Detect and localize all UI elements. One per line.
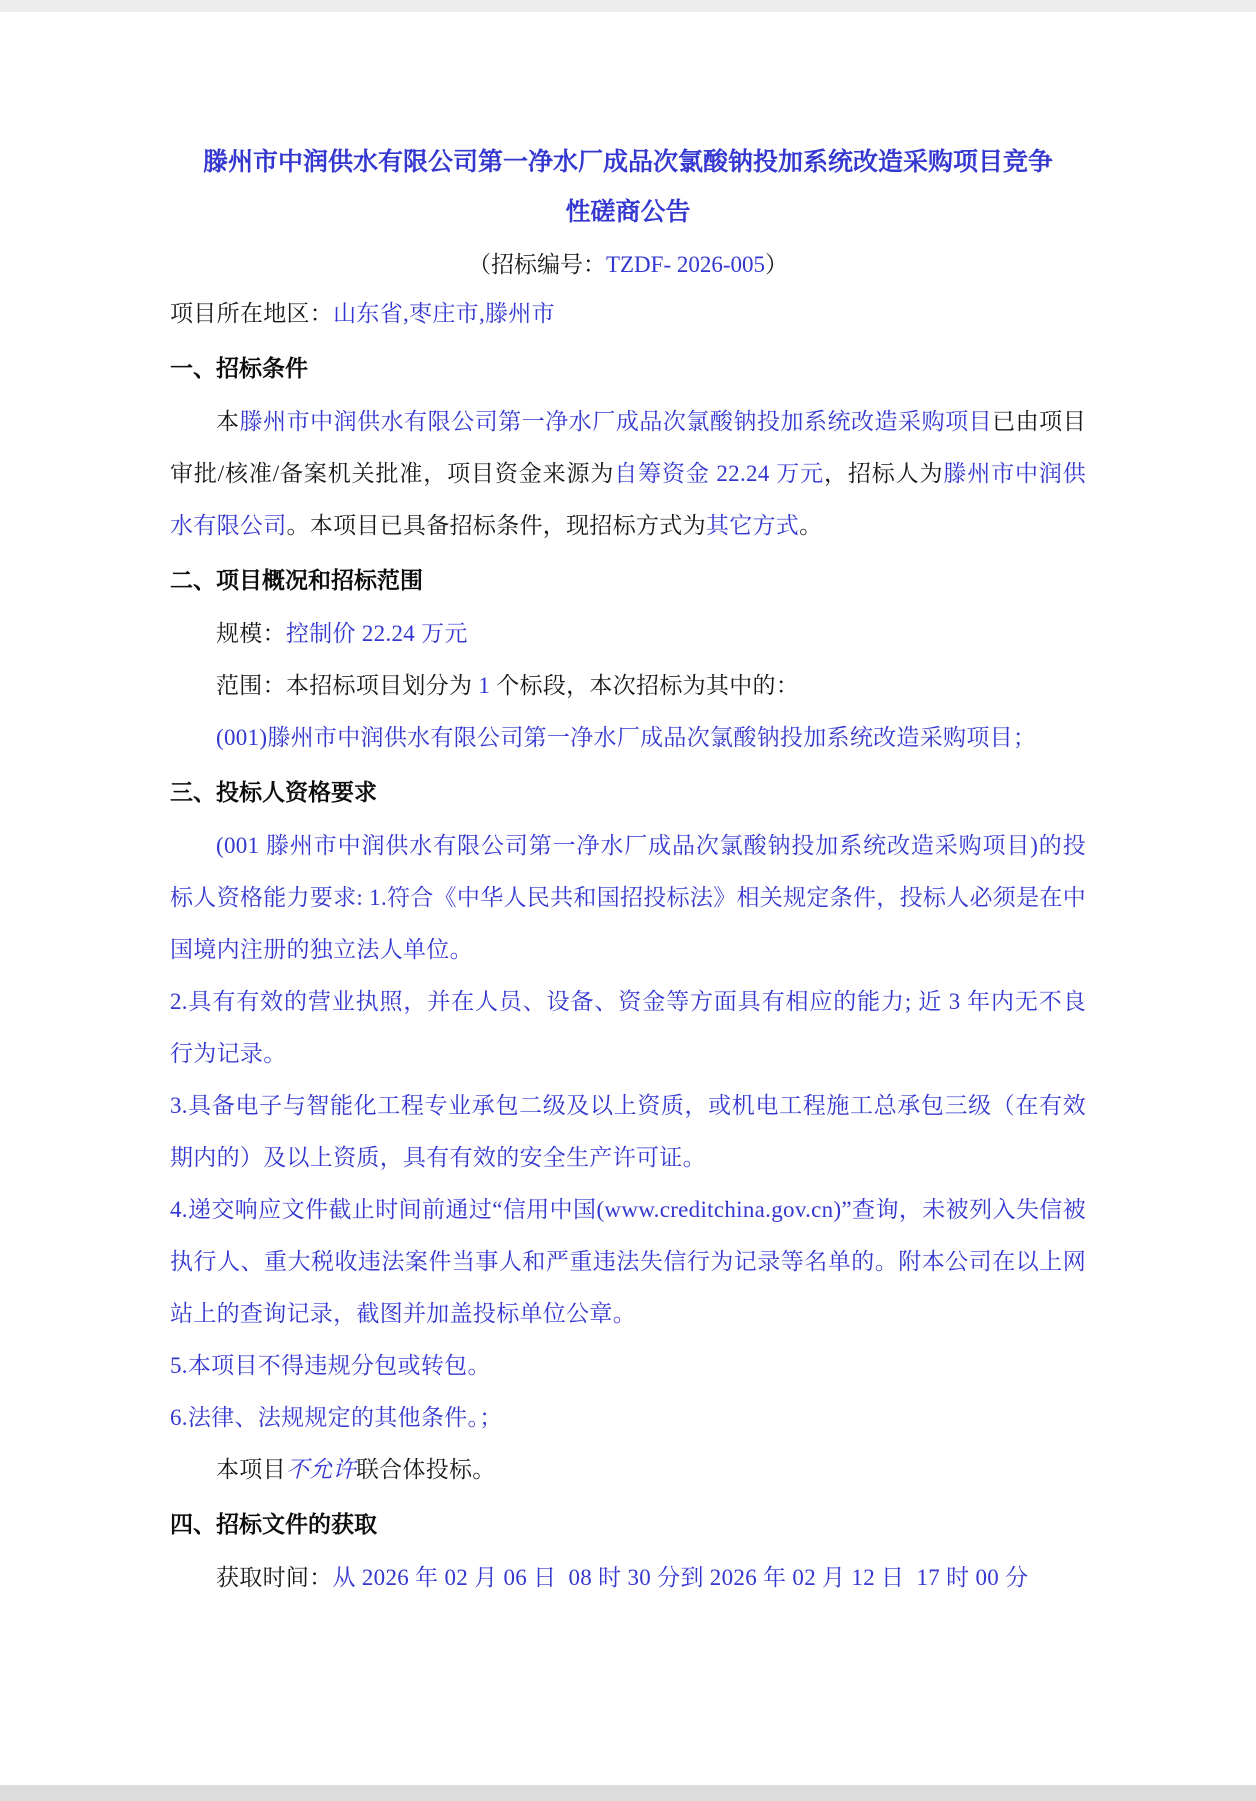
project-region-value: 山东省,枣庄市,滕州市 — [333, 301, 555, 326]
text-run: 联合体投标。 — [356, 1457, 496, 1482]
text-run: 其它方式 — [706, 513, 799, 538]
project-region-label: 项目所在地区： — [170, 301, 333, 326]
document-body: 滕州市中润供水有限公司第一净水厂成品次氯酸钠投加系统改造采购项目竞争性磋商公告 … — [0, 138, 1256, 1604]
project-region-line: 项目所在地区：山东省,枣庄市,滕州市 — [170, 288, 1086, 340]
qualification-requirement-4: 4.递交响应文件截止时间前通过“信用中国(www.creditchina.gov… — [170, 1184, 1086, 1340]
scope-line: 范围：本招标项目划分为 1 个标段，本次招标为其中的： — [170, 660, 1086, 712]
text-run: 获取时间： — [216, 1565, 333, 1590]
qualification-requirement-2: 2.具有有效的营业执照，并在人员、设备、资金等方面具有相应的能力; 近 3 年内… — [170, 976, 1086, 1080]
text-run: 本项目 — [216, 1457, 286, 1482]
text-run: 自筹资金 22.24 万元 — [614, 461, 824, 486]
text-run: 滕州市中润供水有限公司第一净水厂成品次氯酸钠投加系统改造采购项目 — [240, 409, 993, 434]
text-run: 不允许 — [286, 1457, 356, 1482]
qualification-requirement-5: 5.本项目不得违规分包或转包。 — [170, 1340, 1086, 1392]
section-2-heading: 二、项目概况和招标范围 — [170, 554, 1086, 606]
photo-edge-top — [0, 0, 1256, 12]
page-title: 滕州市中润供水有限公司第一净水厂成品次氯酸钠投加系统改造采购项目竞争性磋商公告 — [192, 138, 1064, 238]
text-run: 。 — [799, 513, 822, 538]
tender-number-line: （招标编号：TZDF- 2026-005） — [170, 242, 1086, 288]
section-3-heading: 三、投标人资格要求 — [170, 766, 1086, 818]
scale-label: 规模： — [216, 621, 286, 646]
tender-conditions-paragraph: 本滕州市中润供水有限公司第一净水厂成品次氯酸钠投加系统改造采购项目已由项目审批/… — [170, 396, 1086, 552]
tender-number-close: ） — [765, 252, 788, 277]
text-run: 1 — [478, 673, 490, 698]
scale-line: 规模：控制价 22.24 万元 — [170, 608, 1086, 660]
text-run: 个标段，本次招标为其中的： — [490, 673, 799, 698]
section-1-heading: 一、招标条件 — [170, 342, 1086, 394]
consortium-line: 本项目不允许联合体投标。 — [170, 1444, 1086, 1496]
text-run: 从 2026 年 02 月 06 日 08 时 30 分到 2026 年 02 … — [333, 1565, 1029, 1590]
text-run: ，招标人为 — [824, 461, 943, 486]
text-run: 范围：本招标项目划分为 — [216, 673, 478, 698]
qualification-requirement-6: 6.法律、法规规定的其他条件。； — [170, 1392, 1086, 1444]
obtain-time-line: 获取时间：从 2026 年 02 月 06 日 08 时 30 分到 2026 … — [170, 1552, 1086, 1604]
scanned-tender-notice-page: { "colors":{ "accent_blue":"#3437cf", "t… — [0, 0, 1256, 1801]
qualification-requirement-3: 3.具备电子与智能化工程专业承包二级及以上资质，或机电工程施工总承包三级（在有效… — [170, 1080, 1086, 1184]
text-run: 。本项目已具备招标条件，现招标方式为 — [287, 513, 706, 538]
qualification-requirement-1: (001 滕州市中润供水有限公司第一净水厂成品次氯酸钠投加系统改造采购项目)的投… — [170, 820, 1086, 976]
lot-001-line: (001)滕州市中润供水有限公司第一净水厂成品次氯酸钠投加系统改造采购项目； — [170, 712, 1086, 764]
text-run: 本 — [216, 409, 240, 434]
scale-value: 控制价 22.24 万元 — [286, 621, 468, 646]
photo-edge-bottom — [0, 1785, 1256, 1801]
section-4-heading: 四、招标文件的获取 — [170, 1498, 1086, 1550]
tender-number-open: （招标编号： — [468, 252, 606, 277]
tender-number-value: TZDF- 2026-005 — [606, 252, 765, 277]
